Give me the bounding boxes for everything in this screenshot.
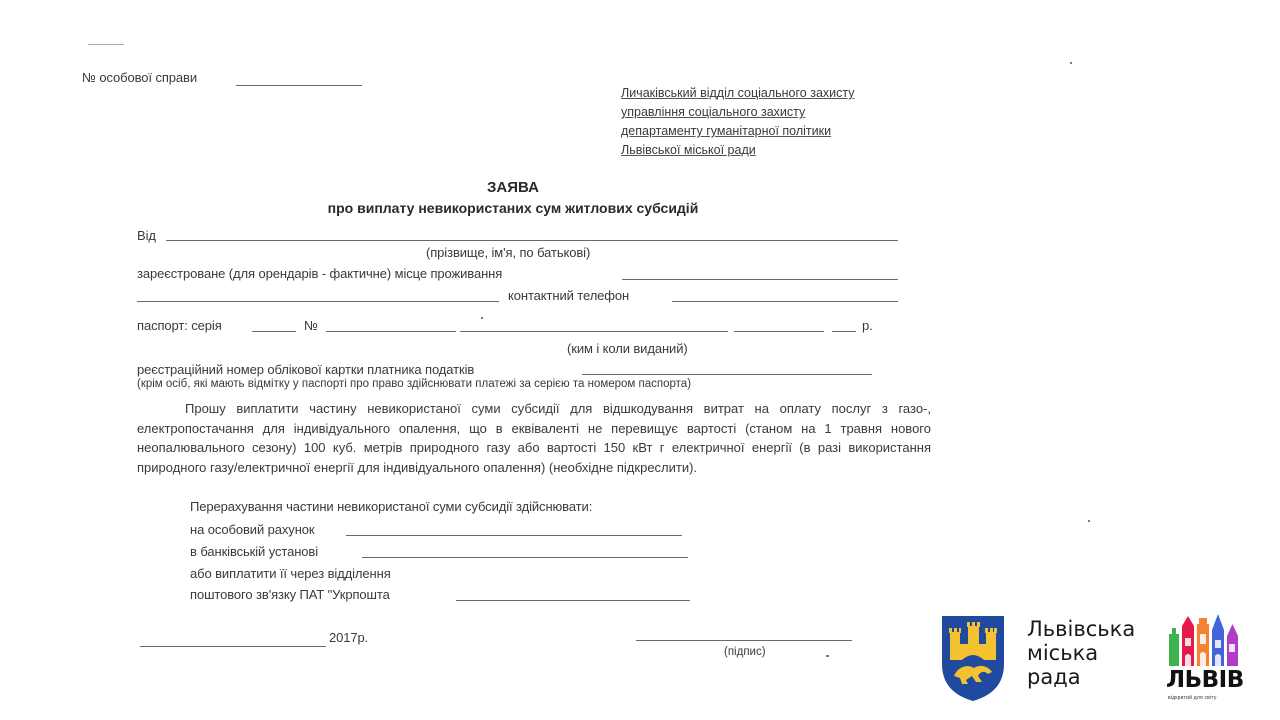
city-council-line: міська: [1027, 641, 1135, 665]
addressee-line: Львівської міської ради: [621, 143, 756, 157]
passport-date-field[interactable]: [734, 331, 824, 332]
tax-id-label: реєстраційний номер облікової картки пла…: [137, 362, 474, 377]
full-name-caption: (прізвище, ім'я, по батькові): [426, 245, 590, 260]
date-field[interactable]: [140, 646, 326, 647]
phone-field[interactable]: [672, 301, 898, 302]
passport-issuer-field[interactable]: [460, 331, 728, 332]
option-ukrposhta-label: поштового зв'язку ПАТ "Укрпошта: [190, 587, 390, 602]
addressee-line: управління соціального захисту: [621, 105, 805, 119]
scan-artifact: [1070, 62, 1072, 64]
passport-series-label: паспорт: серія: [137, 318, 222, 333]
document-subtitle: про виплату невикористаних сум житлових …: [0, 200, 1026, 216]
request-paragraph: Прошу виплатити частину невикористаної с…: [137, 399, 931, 477]
scan-artifact: [826, 655, 829, 657]
city-council-name: Львівська міська рада: [1027, 617, 1135, 689]
personal-account-field[interactable]: [346, 535, 682, 536]
passport-series-field[interactable]: [252, 331, 296, 332]
city-council-line: Львівська: [1027, 617, 1135, 641]
passport-year-field[interactable]: [832, 331, 856, 332]
signature-field[interactable]: [636, 640, 852, 641]
scan-artifact: [88, 44, 124, 45]
tax-id-note: (крім осіб, які мають відмітку у паспорт…: [137, 378, 691, 390]
ukrposhta-field[interactable]: [456, 600, 690, 601]
lviv-coat-of-arms-icon: [940, 614, 1006, 702]
option-personal-account-label: на особовий рахунок: [190, 522, 315, 537]
phone-label: контактний телефон: [508, 288, 629, 303]
lviv-brand-word: ЛЬВІВ: [1166, 667, 1244, 693]
from-label: Від: [137, 228, 156, 243]
scan-artifact: [481, 317, 483, 319]
transfer-heading: Перерахування частини невикористаної сум…: [190, 499, 592, 514]
year-label: 2017р.: [329, 630, 368, 645]
lviv-towers-icon: [1166, 614, 1242, 666]
residence-field-continued[interactable]: [137, 301, 499, 302]
addressee-line: Личаківський відділ соціального захисту: [621, 86, 855, 100]
signature-caption: (підпис): [724, 646, 766, 658]
option-post-office-label: або виплатити її через відділення: [190, 566, 391, 581]
case-number-label: № особової справи: [82, 70, 197, 85]
residence-field[interactable]: [622, 279, 898, 280]
lviv-brand-tagline: відкритий для світу: [1168, 695, 1217, 701]
passport-number-field[interactable]: [326, 331, 456, 332]
option-bank-label: в банківській установі: [190, 544, 318, 559]
bank-field[interactable]: [362, 557, 688, 558]
addressee-line: департаменту гуманітарної політики: [621, 124, 831, 138]
case-number-field[interactable]: [236, 85, 362, 86]
document-title: ЗАЯВА: [0, 179, 1026, 196]
passport-caption: (ким і коли виданий): [567, 341, 688, 356]
passport-number-label: №: [304, 318, 318, 333]
passport-year-suffix: р.: [862, 318, 873, 333]
scan-artifact: [1088, 520, 1090, 522]
city-council-line: рада: [1027, 665, 1135, 689]
tax-id-field[interactable]: [582, 374, 872, 375]
request-text: Прошу виплатити частину невикористаної с…: [137, 401, 931, 475]
residence-label: зареєстроване (для орендарів - фактичне)…: [137, 266, 502, 281]
full-name-field[interactable]: [166, 240, 898, 241]
